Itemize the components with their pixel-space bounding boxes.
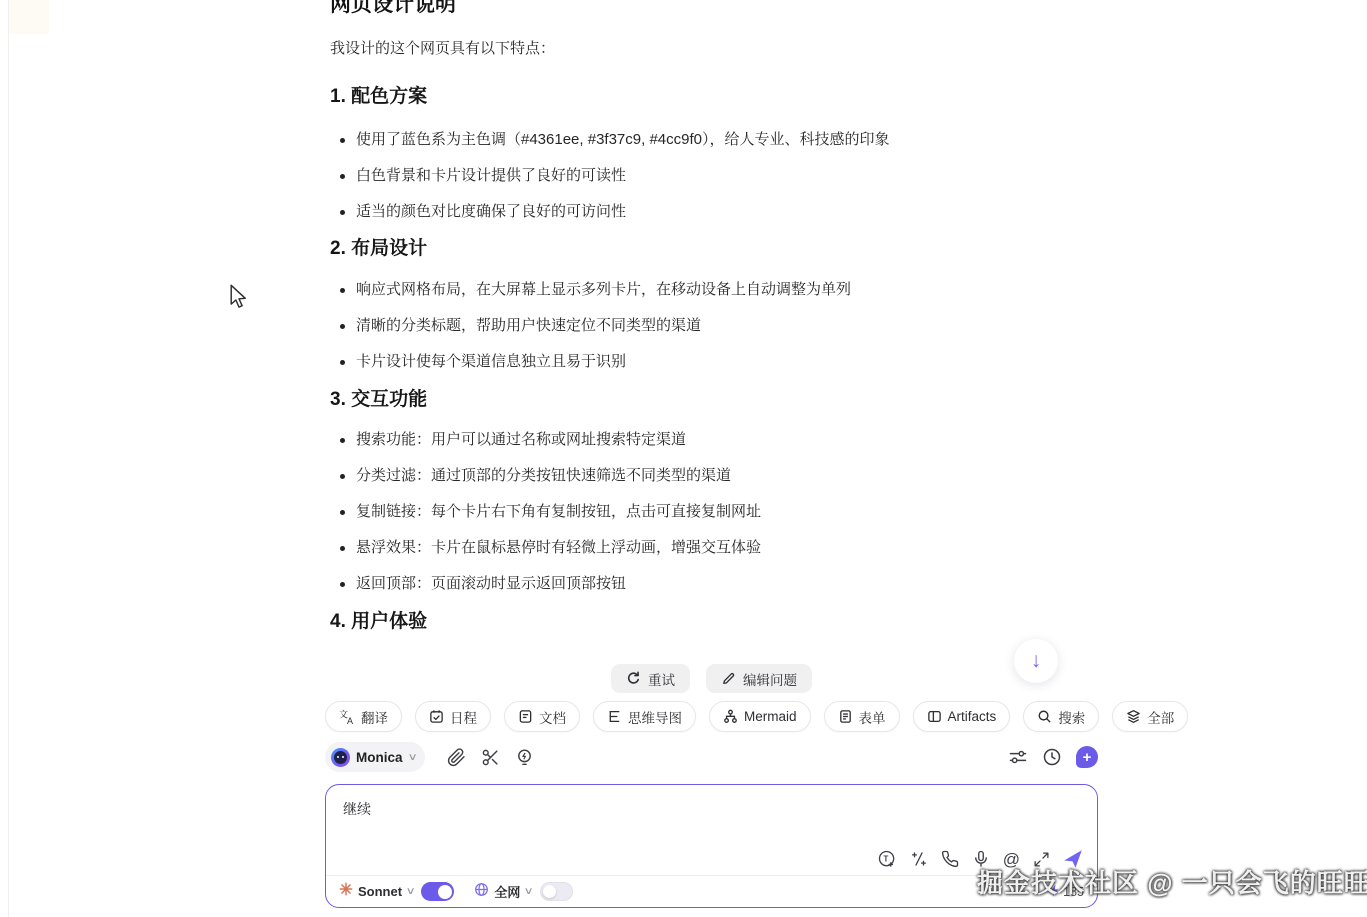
- chip-label: 思维导图: [628, 707, 682, 727]
- chip-label: 日程: [450, 707, 477, 727]
- lightning-icon: [1049, 884, 1060, 900]
- artifacts-icon: [927, 709, 942, 724]
- microphone-icon[interactable]: [972, 850, 990, 868]
- tool-chips-row: 文A 翻译 日程 文档 思维导图 Mermaid 表单 Artifacts: [325, 701, 1115, 732]
- claude-icon: [339, 882, 353, 901]
- refresh-icon: [626, 671, 641, 686]
- monica-logo-icon: [331, 748, 350, 767]
- svg-text:T: T: [883, 855, 888, 864]
- edit-question-label: 编辑问题: [743, 669, 797, 689]
- history-clock-icon[interactable]: [1042, 747, 1062, 767]
- chip-label: Mermaid: [744, 709, 797, 724]
- text-prompt-icon[interactable]: T: [877, 849, 897, 869]
- list-item: 清晰的分类标题，帮助用户快速定位不同类型的渠道: [330, 315, 1102, 337]
- list-item: 白色背景和卡片设计提供了良好的可读性: [330, 165, 1102, 187]
- expand-icon[interactable]: [1033, 851, 1050, 868]
- chip-artifacts[interactable]: Artifacts: [913, 701, 1011, 732]
- web-access-label: 全网: [494, 882, 520, 901]
- chip-mermaid[interactable]: Mermaid: [709, 701, 811, 732]
- new-chat-button[interactable]: +: [1076, 746, 1098, 768]
- chip-all[interactable]: 全部: [1112, 701, 1188, 732]
- chip-form[interactable]: 表单: [824, 701, 900, 732]
- list-item: 使用了蓝色系为主色调（#4361ee, #3f37c9, #4cc9f0），给人…: [330, 129, 1102, 151]
- chip-search[interactable]: 搜索: [1023, 701, 1099, 732]
- layers-icon: [1126, 709, 1141, 724]
- chevron-down-icon: ∨: [406, 886, 416, 897]
- assistant-name: Monica: [356, 750, 403, 765]
- page: 网页设计说明 我设计的这个网页具有以下特点： 1. 配色方案 使用了蓝色系为主色…: [0, 0, 1367, 917]
- model-selector-monica[interactable]: Monica ∨: [325, 742, 425, 772]
- chip-label: Artifacts: [948, 709, 997, 724]
- calendar-icon: [429, 709, 444, 724]
- bullet-list-color-scheme: 使用了蓝色系为主色调（#4361ee, #3f37c9, #4cc9f0），给人…: [330, 129, 1102, 223]
- assistant-toolbar: Monica ∨ +: [325, 741, 1098, 773]
- list-item: 复制链接：每个卡片右下角有复制按钮，点击可直接复制网址: [330, 501, 1102, 523]
- mindmap-icon: [607, 709, 622, 724]
- translate-icon: 文A: [339, 709, 355, 725]
- list-item: 响应式网格布局，在大屏幕上显示多列卡片，在移动设备上自动调整为单列: [330, 279, 1102, 301]
- composer-icon-row: T @: [877, 849, 1083, 869]
- web-access-toggle[interactable]: [540, 882, 573, 901]
- list-item: 适当的颜色对比度确保了良好的可访问性: [330, 201, 1102, 223]
- message-input[interactable]: 继续: [343, 799, 371, 819]
- retry-button[interactable]: 重试: [611, 664, 690, 693]
- flowchart-icon: [723, 709, 738, 724]
- credits-counter: 185: [1049, 884, 1084, 900]
- composer: 继续 T @ Sonnet ∨ 全网 ∨: [325, 784, 1098, 908]
- send-icon[interactable]: [1063, 849, 1083, 869]
- shortcut-slash-icon[interactable]: [910, 850, 928, 868]
- model-select-sonnet[interactable]: Sonnet ∨: [339, 882, 414, 901]
- chip-label: 表单: [859, 707, 886, 727]
- chat-message-content: 网页设计说明 我设计的这个网页具有以下特点： 1. 配色方案 使用了蓝色系为主色…: [330, 0, 1102, 634]
- credits-value: 185: [1063, 885, 1084, 899]
- globe-icon: [474, 882, 489, 902]
- mention-at-icon[interactable]: @: [1003, 851, 1020, 868]
- list-item: 悬浮效果：卡片在鼠标悬停时有轻微上浮动画，增强交互体验: [330, 537, 1102, 559]
- list-item: 分类过滤：通过顶部的分类按钮快速筛选不同类型的渠道: [330, 465, 1102, 487]
- section-title-ux: 4. 用户体验: [330, 610, 1102, 634]
- chip-mindmap[interactable]: 思维导图: [593, 701, 696, 732]
- model-name: Sonnet: [358, 884, 402, 899]
- intro-text: 我设计的这个网页具有以下特点：: [330, 38, 1102, 60]
- list-item: 卡片设计使每个渠道信息独立且易于识别: [330, 351, 1102, 373]
- attachment-tools: [447, 748, 534, 767]
- chevron-down-icon: ∨: [524, 886, 534, 897]
- web-access-select[interactable]: 全网 ∨: [474, 882, 532, 902]
- chip-translate[interactable]: 文A 翻译: [325, 701, 402, 732]
- phone-icon[interactable]: [941, 850, 959, 868]
- search-icon: [1037, 709, 1052, 724]
- chip-label: 搜索: [1058, 707, 1085, 727]
- chip-document[interactable]: 文档: [504, 701, 580, 732]
- model-toggle[interactable]: [421, 882, 454, 901]
- message-actions-row: 重试 编辑问题: [325, 664, 1098, 693]
- section-title-interaction: 3. 交互功能: [330, 388, 1102, 412]
- mouse-cursor: [228, 284, 250, 315]
- chip-label: 翻译: [361, 707, 388, 727]
- chip-label: 文档: [539, 707, 566, 727]
- corner-tint: [9, 0, 49, 34]
- lightbulb-icon[interactable]: [515, 748, 534, 767]
- chip-schedule[interactable]: 日程: [415, 701, 491, 732]
- list-item: 返回顶部：页面滚动时显示返回顶部按钮: [330, 573, 1102, 595]
- section-title-layout: 2. 布局设计: [330, 237, 1102, 261]
- bullet-list-layout: 响应式网格布局，在大屏幕上显示多列卡片，在移动设备上自动调整为单列 清晰的分类标…: [330, 279, 1102, 373]
- scissors-icon[interactable]: [481, 748, 500, 767]
- document-icon: [518, 709, 533, 724]
- retry-label: 重试: [648, 669, 675, 689]
- svg-text:A: A: [347, 716, 353, 725]
- form-icon: [838, 709, 853, 724]
- pencil-icon: [721, 671, 736, 686]
- edit-question-button[interactable]: 编辑问题: [706, 664, 812, 693]
- left-divider: [8, 0, 9, 917]
- bullet-list-interaction: 搜索功能：用户可以通过名称或网址搜索特定渠道 分类过滤：通过顶部的分类按钮快速筛…: [330, 429, 1102, 595]
- sliders-icon[interactable]: [1008, 747, 1028, 767]
- composer-footer: Sonnet ∨ 全网 ∨ 185: [326, 875, 1097, 907]
- session-tools: +: [1008, 746, 1098, 768]
- paperclip-icon[interactable]: [447, 748, 466, 767]
- chevron-down-icon: ∨: [407, 752, 417, 763]
- list-item: 搜索功能：用户可以通过名称或网址搜索特定渠道: [330, 429, 1102, 451]
- page-title: 网页设计说明: [330, 0, 1102, 18]
- section-title-color-scheme: 1. 配色方案: [330, 85, 1102, 109]
- chip-label: 全部: [1147, 707, 1174, 727]
